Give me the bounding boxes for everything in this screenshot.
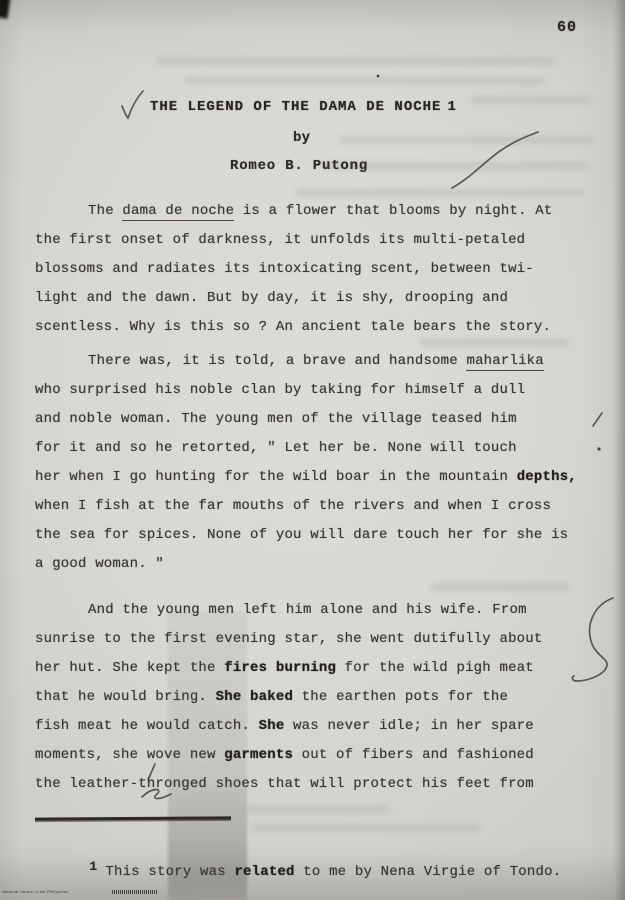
- text-line: scentless. Why is this so ? An ancient t…: [35, 313, 597, 342]
- text-line: fish meat he would catch. She was never …: [35, 712, 597, 741]
- author-name: Romeo B. Putong: [230, 158, 368, 174]
- margin-dot-mark: [597, 447, 600, 450]
- corner-ink-blot: [0, 0, 10, 19]
- text-line: her when I go hunting for the wild boar …: [35, 463, 597, 492]
- text-segment: that he would bring.: [35, 689, 216, 705]
- text-segment: who surprised his noble clan by taking f…: [35, 382, 525, 398]
- paragraph-1: The dama de noche is a flower that bloom…: [35, 197, 597, 342]
- ghost-text-line: [250, 824, 480, 832]
- emphasized-text: garments: [224, 747, 293, 763]
- text-line: for it and so he retorted, " Let her be.…: [35, 434, 597, 463]
- ghost-text-line: [295, 189, 585, 197]
- text-line: who surprised his noble clan by taking f…: [35, 376, 597, 405]
- text-segment: the first onset of darkness, it unfolds …: [35, 232, 525, 248]
- text-line: moments, she wove new garments out of fi…: [35, 741, 597, 770]
- text-line: her hut. She kept the fires burning for …: [35, 654, 597, 683]
- emphasized-text: She: [259, 718, 285, 734]
- ghost-text-line: [185, 77, 545, 85]
- emphasized-text: depths,: [517, 469, 577, 485]
- text-segment: when I fish at the far mouths of the riv…: [35, 498, 551, 514]
- paragraph-3: And the young men left him alone and his…: [35, 596, 597, 799]
- paragraph-2: There was, it is told, a brave and hands…: [35, 347, 597, 579]
- title-footnote-ref: 1: [441, 99, 456, 115]
- library-stamp-text: National Library of the Philippines: [2, 889, 69, 894]
- ghost-text-line: [340, 136, 595, 144]
- emphasized-text: fires burning: [224, 660, 336, 676]
- text-segment: the sea for spices. None of you will dar…: [35, 527, 568, 543]
- emphasized-text: She baked: [216, 689, 293, 705]
- text-segment: fish meat he would catch.: [35, 718, 259, 734]
- text-line: There was, it is told, a brave and hands…: [35, 347, 597, 376]
- text-line: a good woman. ": [35, 550, 597, 579]
- text-line: blossoms and radiates its intoxicating s…: [35, 255, 597, 284]
- text-line: The dama de noche is a flower that bloom…: [35, 197, 597, 226]
- text-segment: a good woman. ": [35, 556, 164, 572]
- text-segment: was never idle; in her spare: [284, 718, 533, 734]
- text-line: the sea for spices. None of you will dar…: [35, 521, 597, 550]
- library-stamp-code: [112, 890, 158, 894]
- text-segment: out of fibers and fashioned: [293, 747, 534, 763]
- text-segment: for the wild pigh meat: [336, 660, 534, 676]
- ghost-text-line: [155, 57, 555, 65]
- underlined-term: maharlika: [466, 353, 543, 371]
- text-line: that he would bring. She baked the earth…: [35, 683, 597, 712]
- text-line: the first onset of darkness, it unfolds …: [35, 226, 597, 255]
- title-text: THE LEGEND OF THE DAMA DE NOCHE: [150, 99, 441, 115]
- byline: by: [293, 130, 310, 146]
- ghost-text-line: [430, 583, 570, 591]
- text-segment: the earthen pots for the: [293, 689, 508, 705]
- text-line: and noble woman. The young men of the vi…: [35, 405, 597, 434]
- text-line: the leather-thronged shoes that will pro…: [35, 770, 597, 799]
- text-segment: to me by Nena Virgie of Tondo.: [295, 864, 562, 880]
- text-segment: There was, it is told, a brave and hands…: [88, 353, 466, 369]
- page-edge-shadow: [615, 0, 625, 900]
- text-segment: The: [88, 203, 122, 219]
- ghost-text-line: [240, 805, 390, 813]
- text-segment: her when I go hunting for the wild boar …: [35, 469, 517, 485]
- text-line: sunrise to the first evening star, she w…: [35, 625, 597, 654]
- text-line: when I fish at the far mouths of the riv…: [35, 492, 597, 521]
- text-segment: moments, she wove new: [35, 747, 224, 763]
- text-segment: And the young men left him alone and his…: [88, 602, 527, 618]
- text-segment: the leather-thronged shoes that will pro…: [35, 776, 534, 792]
- footnote-marker: 1: [89, 855, 97, 879]
- footnote: 1This story was related to me by Nena Vi…: [35, 836, 561, 860]
- text-segment: scentless. Why is this so ? An ancient t…: [35, 319, 551, 335]
- text-segment: sunrise to the first evening star, she w…: [35, 631, 542, 647]
- text-segment: for it and so he retorted, " Let her be.…: [35, 440, 517, 456]
- text-segment: light and the dawn. But by day, it is sh…: [35, 290, 508, 306]
- emphasized-text: related: [234, 864, 294, 880]
- text-segment: and noble woman. The young men of the vi…: [35, 411, 517, 427]
- checkmark-icon: [122, 91, 143, 118]
- footnote-text: This story was related to me by Nena Vir…: [105, 864, 561, 880]
- text-segment: This story was: [105, 864, 234, 880]
- underlined-term: dama de noche: [122, 203, 234, 221]
- text-segment: her hut. She kept the: [35, 660, 224, 676]
- scanned-manuscript-page: 60 THE LEGEND OF THE DAMA DE NOCHE1 by R…: [0, 0, 625, 900]
- ghost-text-line: [470, 96, 590, 104]
- text-line: light and the dawn. But by day, it is sh…: [35, 284, 597, 313]
- text-segment: blossoms and radiates its intoxicating s…: [35, 261, 534, 277]
- text-line: And the young men left him alone and his…: [35, 596, 597, 625]
- text-segment: is a flower that blooms by night. At: [234, 203, 552, 219]
- page-number: 60: [557, 19, 577, 36]
- document-title: THE LEGEND OF THE DAMA DE NOCHE1: [150, 99, 457, 115]
